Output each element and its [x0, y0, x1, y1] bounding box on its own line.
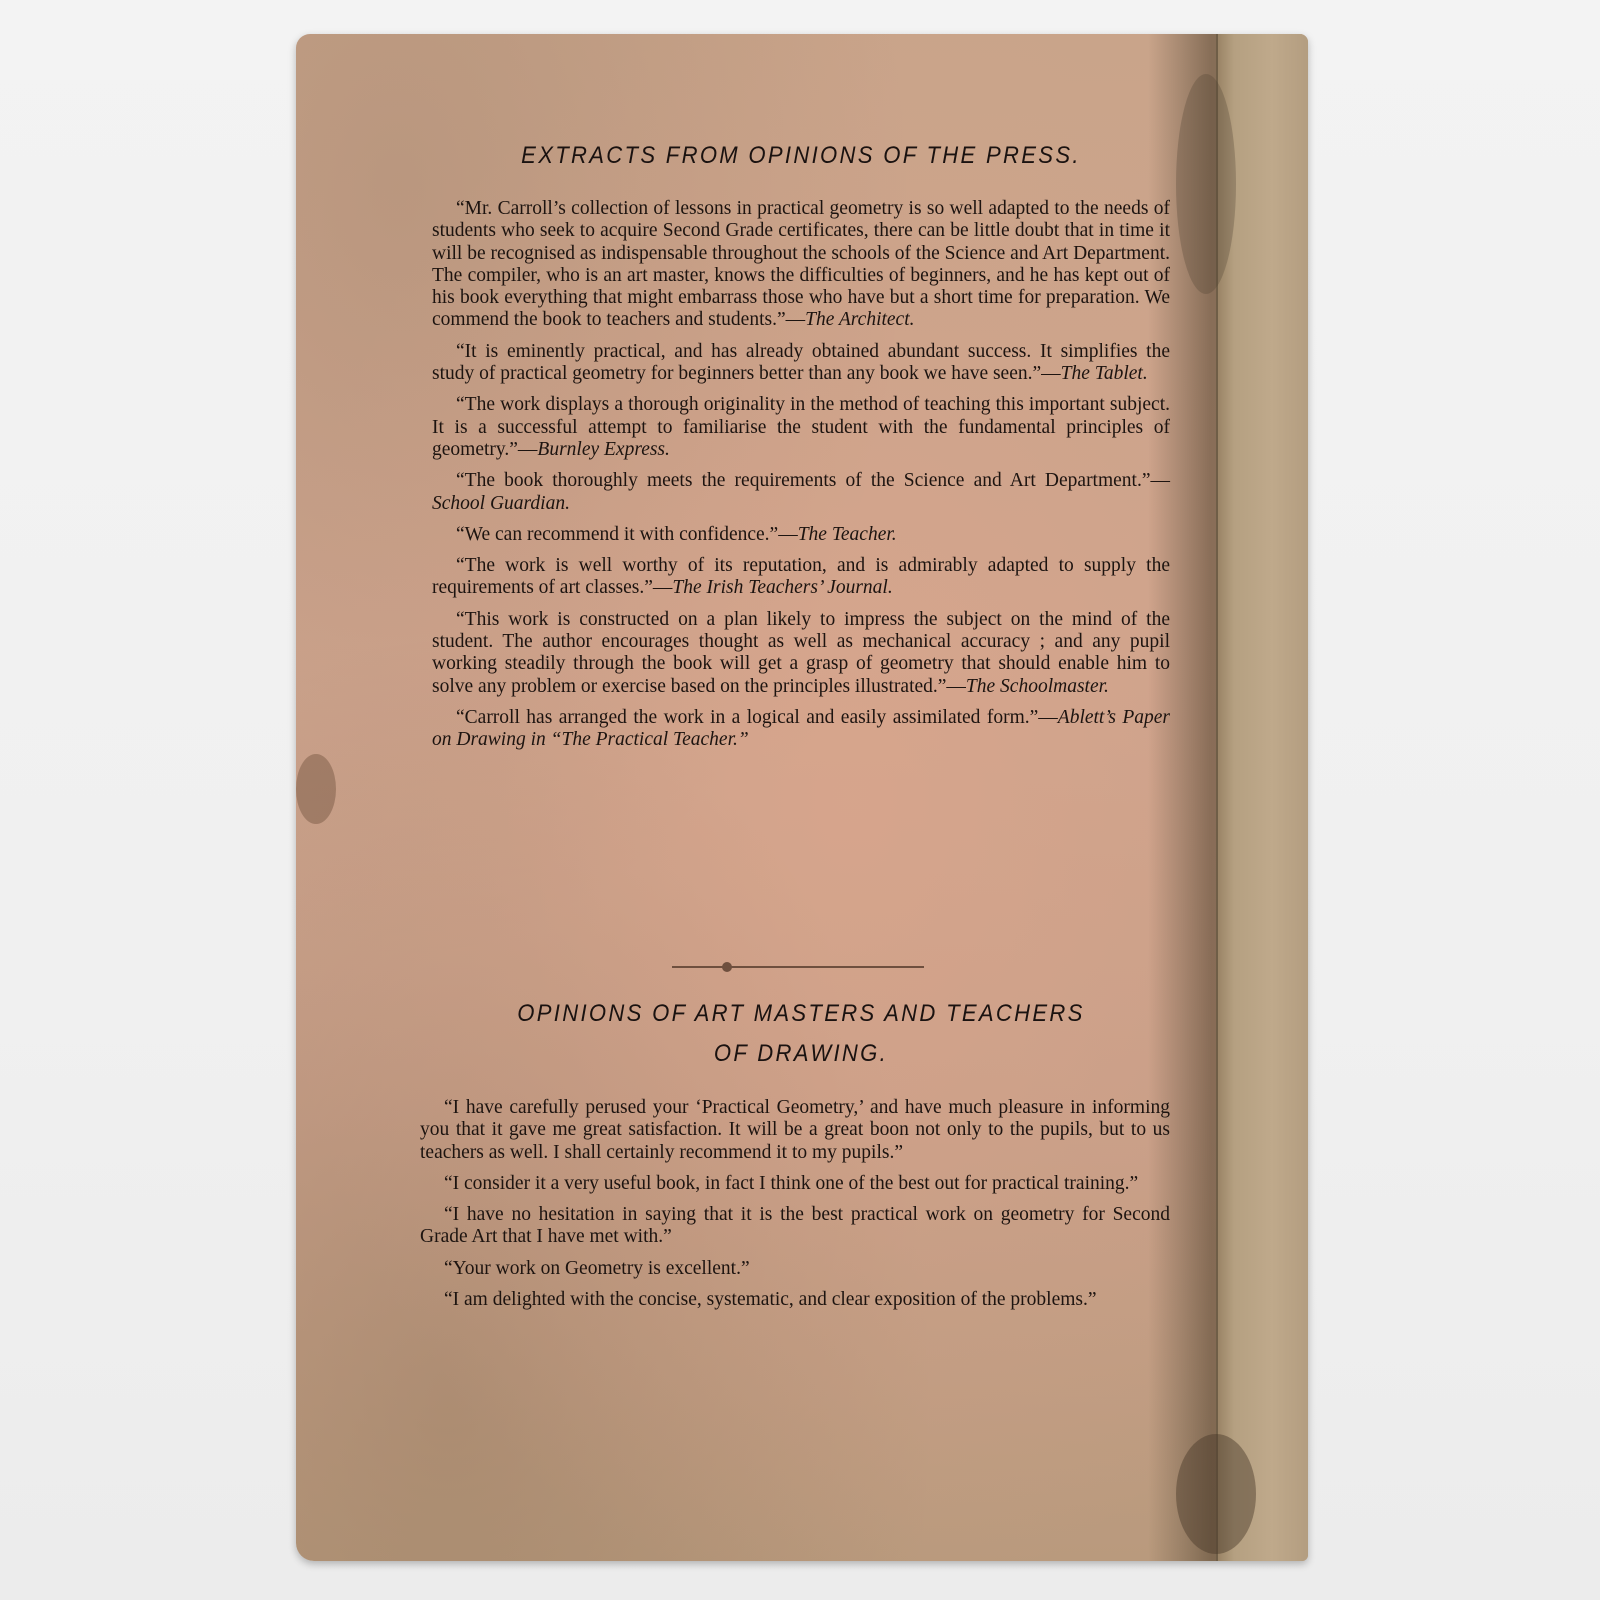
section-title-masters: OPINIONS OF ART MASTERS AND TEACHERS: [462, 1000, 1141, 1028]
teacher-quotes: “I have carefully perused your ‘Practica…: [420, 1097, 1170, 1320]
press-quotes: “Mr. Carroll’s collection of lessons in …: [432, 198, 1170, 761]
teacher-quote: “Your work on Geometry is excellent.”: [420, 1258, 1170, 1280]
quote-source: The Architect.: [805, 309, 914, 330]
press-quote: “Carroll has arranged the work in a logi…: [432, 707, 1170, 752]
quote-source: The Schoolmaster.: [966, 676, 1109, 697]
divider-ornament: [722, 962, 732, 972]
stain: [1176, 74, 1236, 294]
stain: [1176, 1434, 1256, 1554]
quote-source: School Guardian.: [432, 493, 570, 514]
press-quote: “The book thoroughly meets the requireme…: [432, 470, 1170, 515]
press-quote: “We can recommend it with confidence.”—T…: [432, 524, 1170, 546]
press-quote: “Mr. Carroll’s collection of lessons in …: [432, 198, 1170, 332]
section-divider: [672, 966, 924, 968]
book-spine: [1216, 34, 1308, 1561]
press-quote: “This work is constructed on a plan like…: [432, 609, 1170, 698]
quote-source: The Tablet.: [1061, 363, 1148, 384]
section-title-masters-line2: OF DRAWING.: [462, 1040, 1141, 1068]
teacher-quote: “I have no hesitation in saying that it …: [420, 1204, 1170, 1249]
press-quote: “The work is well worthy of its reputati…: [432, 555, 1170, 600]
press-quote: “It is eminently practical, and has alre…: [432, 341, 1170, 386]
quote-source: The Teacher.: [798, 524, 897, 545]
quote-source: Burnley Express.: [537, 439, 670, 460]
teacher-quote: “I consider it a very useful book, in fa…: [420, 1173, 1170, 1195]
section-title-press: EXTRACTS FROM OPINIONS OF THE PRESS.: [462, 142, 1141, 170]
press-quote: “The work displays a thorough originalit…: [432, 394, 1170, 461]
quote-source: The Irish Teachers’ Journal.: [672, 577, 892, 598]
stain: [296, 754, 336, 824]
teacher-quote: “I am delighted with the concise, system…: [420, 1289, 1170, 1311]
teacher-quote: “I have carefully perused your ‘Practica…: [420, 1097, 1170, 1164]
